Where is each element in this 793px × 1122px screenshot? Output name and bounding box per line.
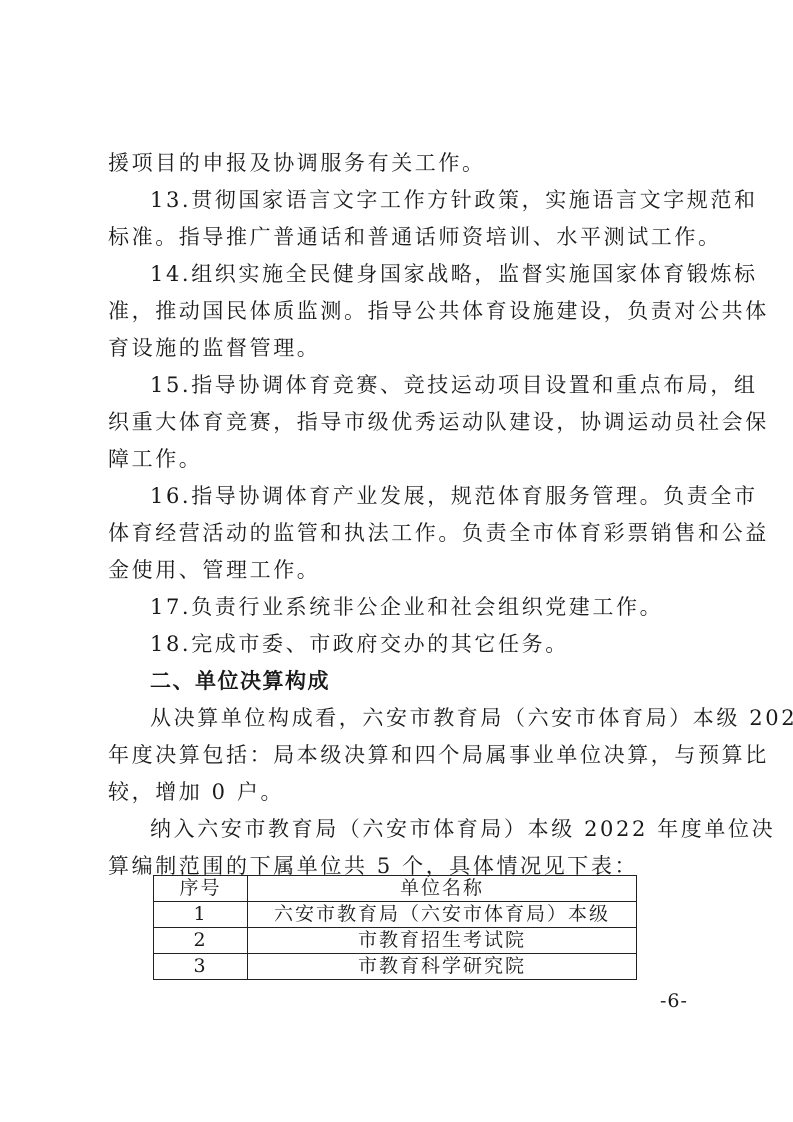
cell-index: 1 bbox=[154, 902, 248, 928]
text-line: 16.指导协调体育产业发展，规范体育服务管理。负责全市 bbox=[150, 482, 730, 510]
header-unit-name: 单位名称 bbox=[248, 876, 637, 902]
text-line: 障工作。 bbox=[108, 445, 688, 473]
table-row: 3 市教育科学研究院 bbox=[154, 954, 637, 980]
header-index: 序号 bbox=[154, 876, 248, 902]
table-row: 2 市教育招生考试院 bbox=[154, 928, 637, 954]
table-row: 1 六安市教育局（六安市体育局）本级 bbox=[154, 902, 637, 928]
text-line: 17.负责行业系统非公企业和社会组织党建工作。 bbox=[150, 593, 730, 621]
text-line: 18.完成市委、市政府交办的其它任务。 bbox=[150, 630, 730, 658]
text-line: 14.组织实施全民健身国家战略，监督实施国家体育锻炼标 bbox=[150, 260, 730, 288]
cell-index: 3 bbox=[154, 954, 248, 980]
text-line: 较，增加 0 户。 bbox=[108, 778, 688, 806]
text-line: 纳入六安市教育局（六安市体育局）本级 2022 年度单位决 bbox=[150, 815, 730, 843]
cell-unit-name: 市教育招生考试院 bbox=[248, 928, 637, 954]
text-line: 准，推动国民体质监测。指导公共体育设施建设，负责对公共体 bbox=[108, 297, 688, 325]
text-line: 体育经营活动的监管和执法工作。负责全市体育彩票销售和公益 bbox=[108, 519, 688, 547]
text-line: 年度决算包括：局本级决算和四个局属事业单位决算，与预算比 bbox=[108, 741, 688, 769]
units-table: 序号 单位名称 1 六安市教育局（六安市体育局）本级 2 市教育招生考试院 3 … bbox=[153, 875, 637, 980]
text-line: 15.指导协调体育竞赛、竞技运动项目设置和重点布局，组 bbox=[150, 371, 730, 399]
text-line: 标准。指导推广普通话和普通话师资培训、水平测试工作。 bbox=[108, 223, 688, 251]
text-line: 13.贯彻国家语言文字工作方针政策，实施语言文字规范和 bbox=[150, 186, 730, 214]
text-line: 金使用、管理工作。 bbox=[108, 556, 688, 584]
cell-index: 2 bbox=[154, 928, 248, 954]
cell-unit-name: 市教育科学研究院 bbox=[248, 954, 637, 980]
text-line: 育设施的监督管理。 bbox=[108, 334, 688, 362]
text-line: 从决算单位构成看，六安市教育局（六安市体育局）本级 2022 bbox=[150, 704, 730, 732]
cell-unit-name: 六安市教育局（六安市体育局）本级 bbox=[248, 902, 637, 928]
page-number: -6- bbox=[660, 990, 688, 1012]
section-heading: 二、单位决算构成 bbox=[150, 667, 730, 695]
text-line: 援项目的申报及协调服务有关工作。 bbox=[108, 149, 688, 177]
table-header-row: 序号 单位名称 bbox=[154, 876, 637, 902]
text-line: 织重大体育竞赛，指导市级优秀运动队建设，协调运动员社会保 bbox=[108, 408, 688, 436]
